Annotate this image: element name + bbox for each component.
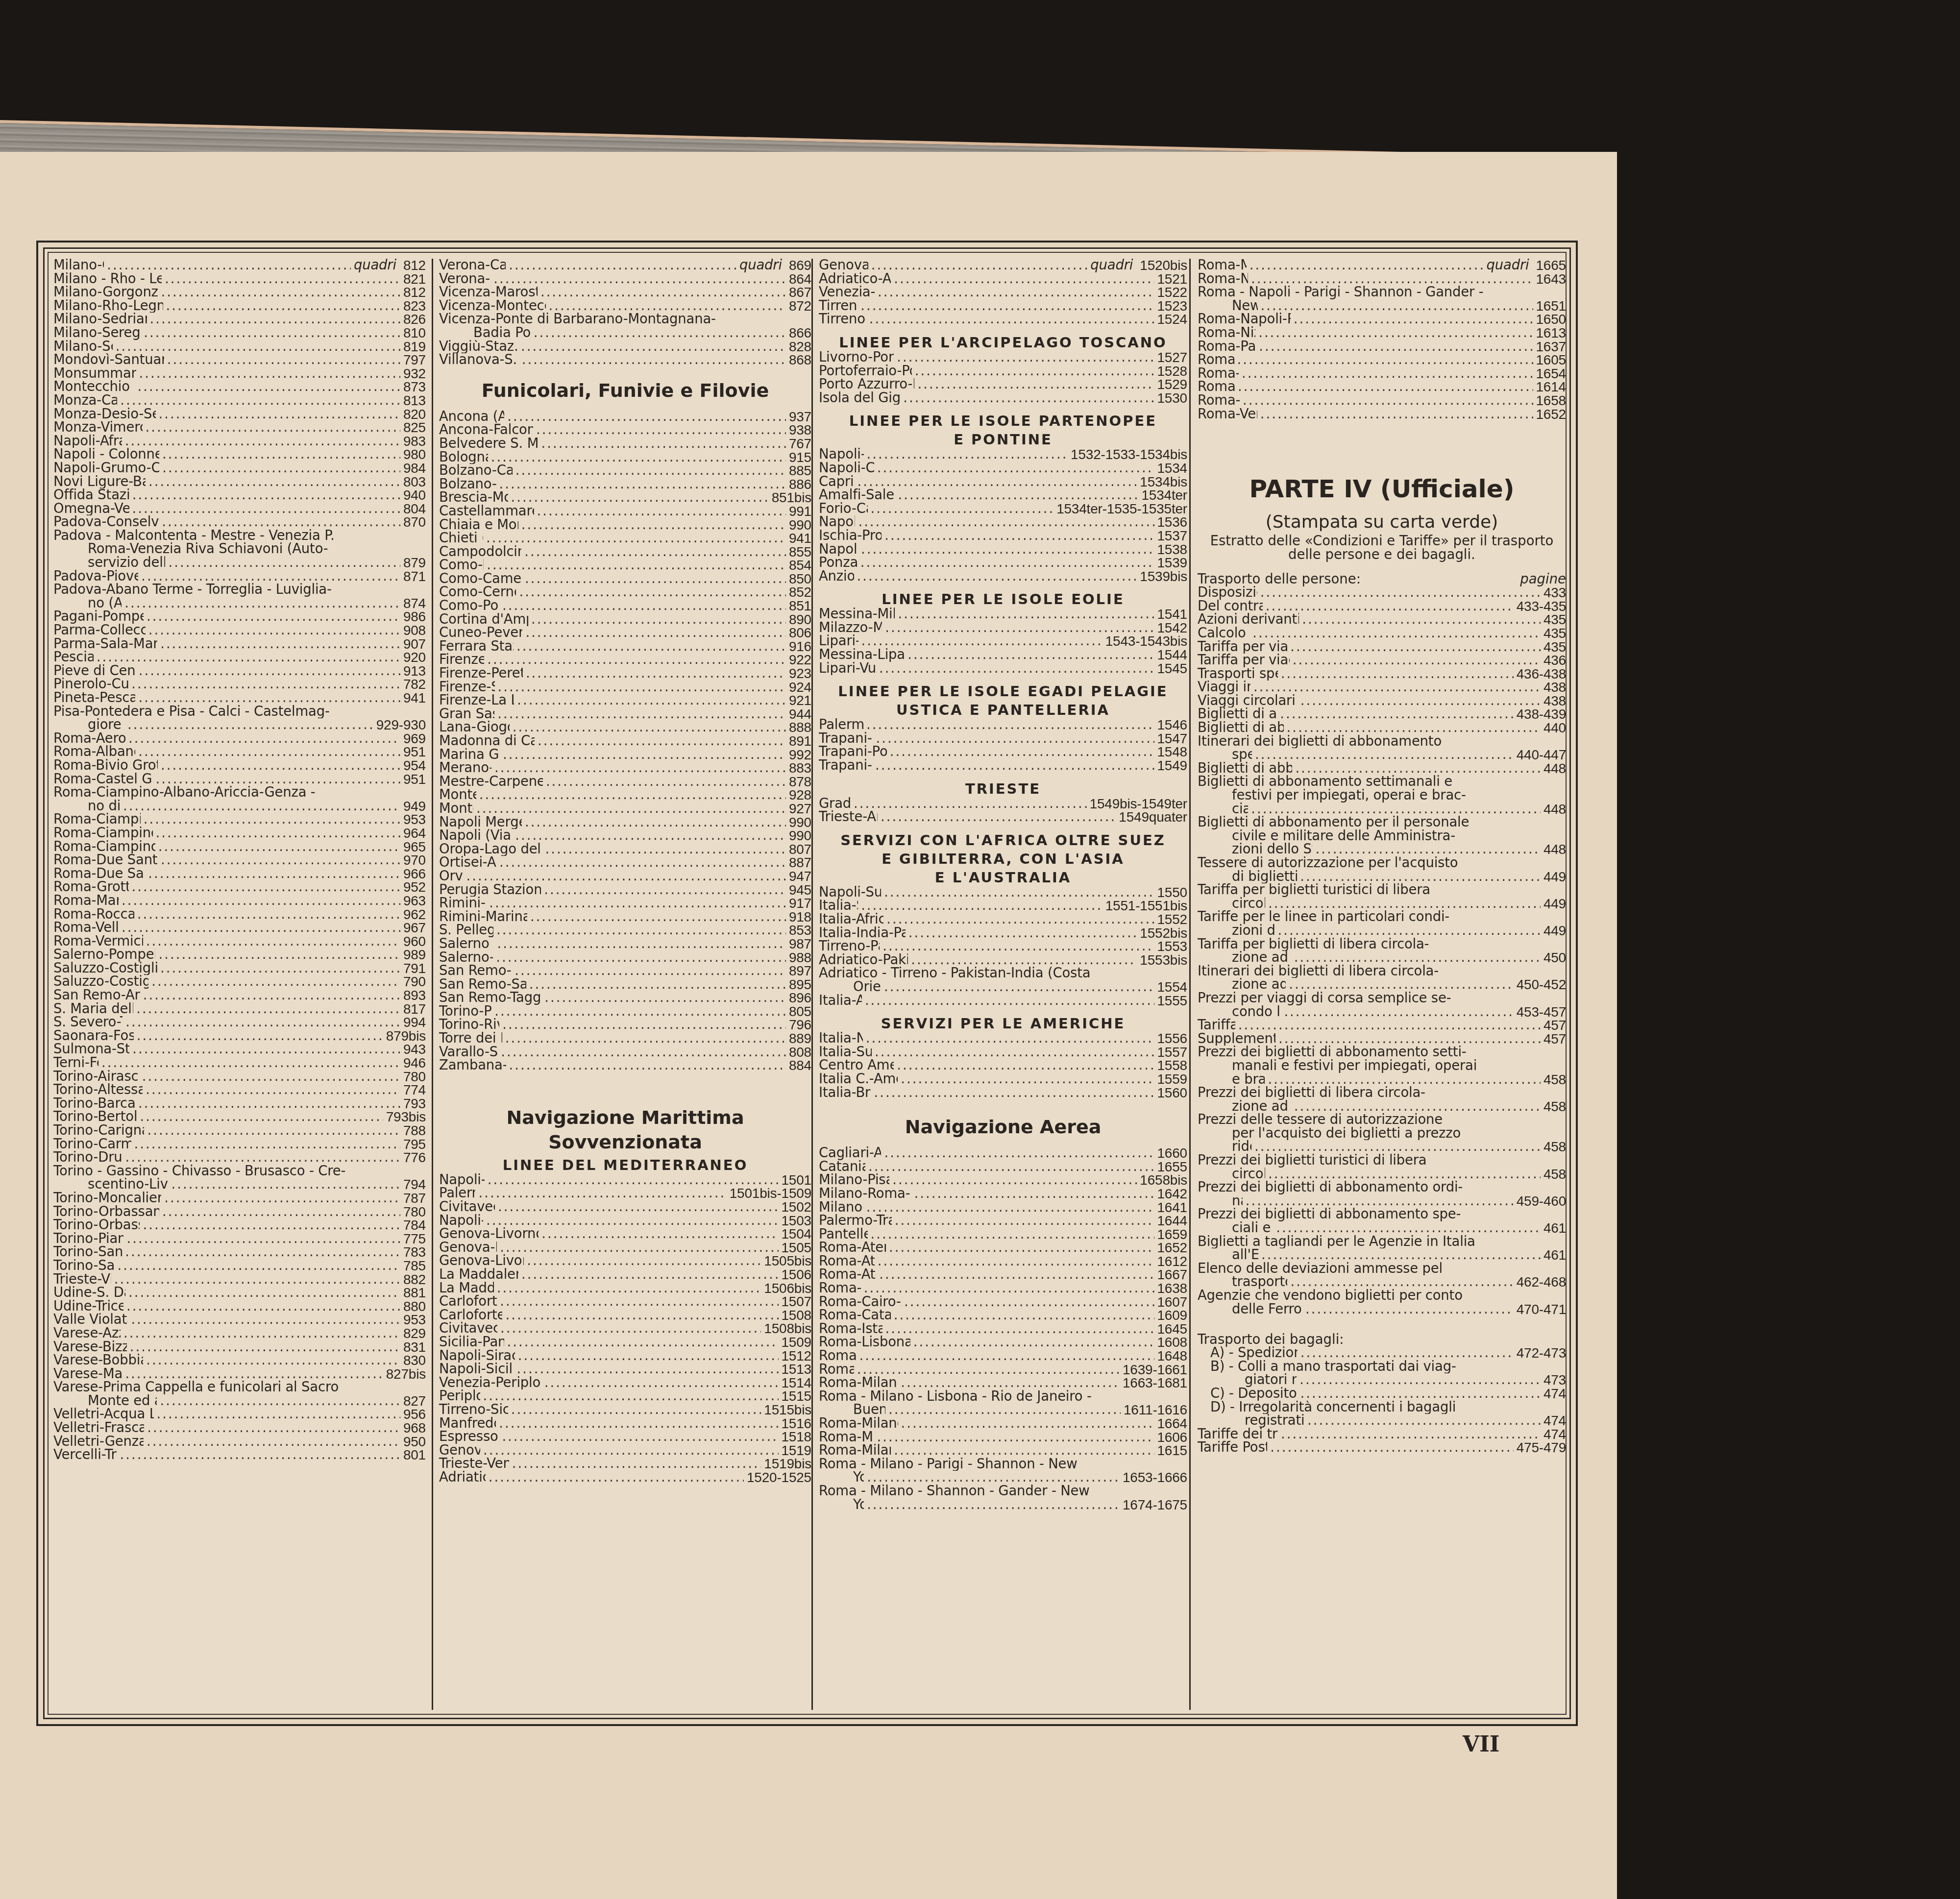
entry-title: Sicilia-Pantelleria-Tunisi	[439, 1336, 504, 1349]
index-entry: Capri-Napoli1534bis	[819, 475, 1187, 489]
page-ref: 1660	[1157, 1146, 1188, 1160]
entry-title: Pieve di Cento-Cento (Autom.)	[53, 664, 136, 678]
list-aerea-roma: Roma-Milano-Zurigoquadri1665Roma-Napoli-…	[1198, 259, 1566, 421]
entry-title: Napoli-Ponza	[819, 543, 858, 557]
page-ref: 459-460	[1517, 1194, 1566, 1208]
index-entry: Trieste-Villa Opicina882	[53, 1273, 426, 1287]
entry-title: Saluzzo-Costigliole-Busca-Cuneo (Autom.)	[53, 962, 157, 975]
index-entry: Milano-Roma-Napoli-Palermo-Catania1642	[819, 1187, 1187, 1201]
column-1: Milano-Crescenzagoquadri812Milano - Rho …	[53, 259, 426, 1710]
index-entry: Torino-Orbassano-Piossasco-Cumiana(Aut.)…	[53, 1205, 426, 1219]
index-entry: Roma-Istanbul-Teheran1645	[819, 1322, 1187, 1336]
page-ref: 796	[789, 1018, 811, 1032]
entry-continuation: Roma-Venezia Riva Schiavoni (Auto-	[53, 542, 426, 556]
page-ref: 474	[1543, 1387, 1566, 1401]
dot-leader	[160, 1394, 400, 1408]
entry-title: S. Severo-Torremaggiore	[53, 1016, 122, 1029]
index-entry: Zambana-Fai-Paganella884	[439, 1059, 811, 1072]
entry-title: Milano - Rho - Legnano - Cassano - Magna…	[53, 272, 162, 286]
sea-sections: LINEE PER L'ARCIPELAGO TOSCANOLivorno-Po…	[819, 335, 1187, 1099]
dot-leader	[894, 1309, 1154, 1322]
entry-title: Italia-India-Pakistan-Estremo Oriente	[819, 926, 906, 940]
entry-title: Pescia-Lucca	[53, 651, 94, 664]
dot-leader	[860, 556, 1154, 570]
entry-title: Offida Stazione-Offida Città	[53, 488, 129, 502]
dot-leader	[911, 953, 1137, 967]
index-entry: Roma-Milano-Parigi1606	[819, 1431, 1187, 1444]
entry-title: Forio-Casamicciola-Napoli	[819, 502, 868, 516]
dot-leader	[138, 745, 400, 759]
dot-leader	[486, 1214, 778, 1228]
entry-continuation: di biglietti a prezzo ridotto449	[1198, 870, 1566, 884]
entry-title-continued: Buenos Ayres	[853, 1403, 885, 1417]
dot-leader	[476, 802, 786, 816]
entry-title: Manfredonia-Tremiti	[439, 1417, 496, 1431]
entry-title: Tariffa per viaggi di corsa semplice	[1198, 640, 1287, 654]
page-ref: 990	[789, 829, 811, 843]
dot-leader	[901, 1417, 1154, 1431]
page-ref: 1559	[1157, 1072, 1188, 1086]
entry-title: Roma-Napoli-Bari	[1198, 272, 1248, 286]
index-entry: Milano-Rho-Legnano-Cassano-Magnago(Aut.)…	[53, 299, 426, 313]
entry-title-continued: Badia Polesine-Rovigo	[473, 326, 531, 340]
entry-title: Pisa-Pontedera e Pisa - Calci - Castelma…	[53, 705, 330, 719]
page-ref: 920	[403, 651, 426, 664]
index-entry: Torino-Sassi-Superga785	[53, 1259, 426, 1273]
index-entry: Italia-India-Pakistan-Estremo Oriente155…	[819, 926, 1187, 940]
dot-leader	[478, 1187, 726, 1200]
dot-leader	[1278, 1032, 1541, 1046]
dot-leader	[483, 1444, 779, 1458]
dot-leader	[117, 1259, 400, 1273]
section-heading: LINEE PER L'ARCIPELAGO TOSCANO	[819, 335, 1187, 350]
dot-leader	[125, 435, 400, 448]
index-entry: Monsummano-Pescia (Autom.)932	[53, 367, 426, 381]
page-ref: 853	[789, 924, 811, 937]
dot-leader	[116, 340, 400, 354]
dot-leader	[878, 1255, 1154, 1268]
index-entry: Prezzi dei biglietti di abbonamento ordi…	[1198, 1181, 1566, 1194]
index-entry: Firenze-Fiesole922	[439, 653, 811, 667]
dot-leader	[132, 502, 400, 516]
index-entry: Torino-Orbassano-Trana-Giaveno784	[53, 1218, 426, 1232]
entry-title: Roma-Due Santi-Castel Gandolfo (Autom.)	[53, 853, 158, 867]
index-entry: Varese-Masnago (Autom.)827bis	[53, 1367, 426, 1381]
dot-leader	[1253, 681, 1541, 694]
entry-continuation: New York1651	[1198, 299, 1566, 313]
dot-leader	[138, 380, 400, 394]
entry-title: Torino-Sassi-Superga	[53, 1259, 114, 1273]
index-entry: Como-Ponte Chiasso851	[439, 599, 811, 613]
page-ref: 1541	[1157, 608, 1188, 621]
index-entry: Biglietti a tagliandi per le Agenzie in …	[1198, 1235, 1566, 1249]
index-entry: Viaggi circolari ad itinerario combinabi…	[1198, 694, 1566, 708]
dot-leader	[869, 313, 1154, 326]
entry-title: Italia-Sud Africa	[819, 899, 858, 913]
dot-leader	[541, 437, 786, 451]
page-ref: 882	[403, 1273, 426, 1287]
page-ref: 474	[1543, 1428, 1566, 1441]
dot-leader	[1307, 1414, 1541, 1428]
list-mediterraneo: Napoli-Palermo1501Palermo-Tunisi1501bis-…	[439, 1173, 811, 1485]
page-ref: 1501	[782, 1173, 812, 1187]
page-ref: 783	[403, 1245, 426, 1259]
index-entry: Roma - Milano - Lisbona - Rio de Janeiro…	[819, 1390, 1187, 1404]
dot-leader	[125, 1151, 400, 1165]
entry-continuation: speciali440-447	[1198, 748, 1566, 762]
page-ref: 775	[403, 1232, 426, 1246]
dot-leader	[146, 1354, 400, 1367]
entry-title: Novi Ligure-Basaluzzo-Ovada-Acqui	[53, 475, 146, 489]
dot-leader	[889, 1241, 1154, 1255]
dot-leader	[549, 299, 786, 313]
dot-leader	[1237, 353, 1533, 367]
page-ref: 1556	[1157, 1032, 1188, 1046]
index-entry: Padova-Conselve-Bagnoli di Sopra(Autom.)…	[53, 515, 426, 529]
page-ref: 918	[789, 910, 811, 924]
dot-leader	[1266, 600, 1514, 613]
dot-leader	[502, 1430, 778, 1444]
index-entry: Viaggi in comitiva438	[1198, 681, 1566, 694]
dot-leader	[168, 556, 400, 570]
index-entry: Milazzo-Malfa o Rinella1542	[819, 621, 1187, 635]
entry-title: Roma-Marino (Autom.)	[53, 894, 119, 908]
page-ref: 472-473	[1517, 1346, 1566, 1360]
page-ref: 820	[403, 408, 426, 421]
index-entry: Roma-Albano-Marino (Autom.)951	[53, 745, 426, 759]
index-entry: Porto Azzurro-Portovecchio di Piombino15…	[819, 378, 1187, 391]
index-entry: S. Pellegrino Vetta853	[439, 924, 811, 937]
entry-continuation: zione ad itinerario fisso450	[1198, 951, 1566, 965]
index-entry: Italia-Africa occidentale1552	[819, 913, 1187, 926]
dot-leader	[519, 585, 785, 599]
index-entry: Trasporti speciali e relativa tariffa436…	[1198, 667, 1566, 681]
index-entry: Prezzi delle tessere di autorizzazione	[1198, 1113, 1566, 1127]
entry-title: Varese-Bizzozero (Autom.)	[53, 1340, 127, 1354]
entry-title: Tessere di autorizzazione per l'acquisto	[1198, 856, 1458, 870]
page-ref: 1643	[1536, 272, 1567, 286]
index-entry: Supplemento per treni rapidi457	[1198, 1032, 1566, 1046]
index-entry: San Remo-Arma di Taggia-Taggia893	[53, 989, 426, 1002]
entry-title: Roma - Milano - Shannon - Gander - New	[819, 1485, 1090, 1498]
dot-leader	[160, 637, 400, 651]
page-ref: 1524	[1157, 313, 1188, 326]
dot-leader	[1300, 1346, 1514, 1360]
index-entry: Italia-Sud America1557	[819, 1046, 1187, 1059]
page-ref: 890	[789, 613, 811, 627]
dot-leader	[1246, 1194, 1514, 1208]
entry-title: Trasporti speciali e relativa tariffa	[1198, 667, 1278, 681]
index-entry: Trapani-Porto Empedocle1548	[819, 745, 1187, 759]
entry-title: Roma-Rocca di Papa (Autom.)	[53, 908, 134, 922]
dot-leader	[131, 678, 400, 691]
entry-title: Villanova-S. Giovanni Ilarione	[439, 353, 519, 367]
index-entry: Vicenza-Montecchio S. V.-Valdagno-Recoar…	[439, 299, 811, 313]
entry-title: Marina Grande-Capri	[439, 748, 500, 762]
entry-title: Del contratto di trasporto	[1198, 600, 1263, 613]
dot-leader	[124, 597, 400, 610]
page-ref: 864	[789, 272, 811, 286]
page-ref: 872	[789, 299, 811, 313]
entry-title: Centro America-Sud Pacifico	[819, 1059, 894, 1072]
entry-title: Roma-Milano-Nizza-Barcellona	[819, 1417, 898, 1431]
dot-leader	[151, 975, 400, 989]
page-ref: 895	[789, 978, 811, 992]
entry-title: Chiaia e Montesanto (Napoli)	[439, 518, 518, 532]
page-ref: 1543-1543bis	[1105, 634, 1187, 648]
page-ref: 435	[1543, 640, 1566, 654]
page-ref: 776	[403, 1151, 426, 1165]
dot-leader	[158, 948, 400, 962]
index-entry: Torino-Altessano-Venaria (Autom.)774	[53, 1083, 426, 1097]
entry-title: Parma-Collecchio-Fornovo (Autom.)	[53, 624, 146, 637]
entry-title: Torino-Rivoli (Filovia)	[439, 1018, 499, 1032]
entry-title: Milano-Pisa-Alghero-Cagliari	[819, 1173, 889, 1187]
dot-leader	[901, 1072, 1154, 1086]
index-entry: Como-Camerlata-Albate-Cantù850	[439, 572, 811, 586]
page-ref: 1508bis	[764, 1322, 811, 1336]
entry-title: Messina-Lipari-Alicudi e viceversa	[819, 648, 905, 662]
index-entry: San Remo-Monte Bignone897	[439, 964, 811, 978]
entry-title: Rimini-Marina-Bellariva-Miramare	[439, 910, 527, 924]
index-entry: Torino-Bertolla-S. Mauro (Autom.)793bis	[53, 1110, 426, 1124]
dot-leader	[1281, 667, 1514, 681]
page-ref: 797	[403, 353, 426, 367]
entry-title: Genova-Livorno-Cagliari-Trapani-Palermo	[439, 1227, 539, 1241]
entry-title: Varese-Prima Cappella e funicolari al Sa…	[53, 1381, 339, 1394]
dot-leader	[497, 707, 786, 721]
entry-title: Portoferraio-Portovecchio di Piombino	[819, 365, 912, 378]
page-ref: 825	[403, 421, 426, 435]
entry-title: Como-Camerlata-Albate-Cantù	[439, 572, 522, 586]
page-ref: 1651	[1536, 299, 1567, 313]
quadri-note: quadri	[739, 259, 782, 272]
entry-title: Venezia-Cipro-Caifa	[819, 286, 875, 299]
page-ref: 1534bis	[1140, 475, 1187, 489]
index-entry: Carloforte-Calasetta1507	[439, 1295, 811, 1309]
dot-leader	[499, 1417, 778, 1431]
index-entry: Biglietti di abbonamento speciali440	[1198, 721, 1566, 735]
page-ref: 1608	[1157, 1336, 1188, 1349]
dot-leader	[125, 1367, 383, 1381]
page-ref: 928	[789, 788, 811, 802]
entry-title: Italia-Sud America	[819, 1046, 872, 1059]
page-ref: 987	[789, 937, 811, 951]
page-ref: 951	[403, 773, 426, 786]
page-ref: 924	[789, 681, 811, 694]
entry-title: Cortina d'Ampezzo-Faloria e Pocol	[439, 613, 528, 627]
dot-leader	[142, 1070, 400, 1084]
index-entry: Elenco delle deviazioni ammesse pel	[1198, 1262, 1566, 1276]
page-ref: 851	[789, 599, 811, 613]
dot-leader	[525, 816, 786, 829]
index-entry: Roma-Rocca di Papa (Autom.)962	[53, 908, 426, 922]
page-ref: 1509	[782, 1336, 812, 1349]
dot-leader	[867, 448, 1068, 462]
page-ref: 1553bis	[1140, 953, 1187, 967]
index-entry: Torino-Pino-Chieri805	[439, 1005, 811, 1019]
page-ref: 1606	[1157, 1431, 1188, 1444]
entry-title-continued: civile e militare delle Amministra-	[1232, 829, 1455, 843]
entry-title-continued: all'Estero	[1232, 1248, 1258, 1262]
index-entry: Roma-Grottaferrata-Marino952	[53, 880, 426, 894]
index-entry: B) - Colli a mano trasportati dai viag-	[1198, 1360, 1566, 1374]
entry-title: Itinerari dei biglietti di libera circol…	[1198, 965, 1439, 978]
index-entry: Udine-S. Daniele del Friuli881	[53, 1286, 426, 1300]
index-entry: Offida Stazione-Offida Città940	[53, 488, 426, 502]
entry-title: Como-Brunate	[439, 559, 484, 572]
index-entry: Roma-Aeroporto (Autom.)969	[53, 732, 426, 746]
dot-leader	[1280, 707, 1513, 721]
entry-title: Oropa-Lago del Mucrone e Monte Camino	[439, 843, 542, 856]
dot-leader	[545, 843, 786, 856]
page-ref: 1534	[1157, 462, 1188, 475]
entry-title: Padova-Abano Terme - Torreglia - Luvigli…	[53, 583, 332, 597]
dot-leader	[1295, 762, 1541, 776]
entry-title-continued: New York	[1232, 299, 1258, 313]
dot-leader	[867, 1498, 1120, 1512]
index-entry: Firenze-La Lastra-Trespiano921	[439, 694, 811, 707]
entry-title: Azioni derivanti dal contratto di traspo…	[1198, 613, 1299, 627]
page-ref: 821	[403, 272, 426, 286]
index-entry: Roma-Lisbona-Isola del Sale-Caracas1608	[819, 1336, 1187, 1349]
dot-leader	[521, 1268, 778, 1282]
page-ref: 461	[1543, 1221, 1566, 1235]
dot-leader	[1259, 340, 1533, 354]
dot-leader	[500, 1295, 778, 1309]
page-ref: 1544	[1157, 648, 1188, 662]
entry-title: Adriatico-Alessandria Soria	[819, 272, 891, 286]
dot-leader	[136, 1002, 400, 1016]
dot-leader	[150, 313, 400, 326]
page-ref: 908	[403, 624, 426, 637]
index-entry: Padova-Abano Terme - Torreglia - Luvigli…	[53, 583, 426, 597]
dot-leader	[128, 732, 400, 746]
entry-title: Genova-Caifa	[439, 1444, 480, 1458]
page-ref: 1658	[1536, 394, 1567, 408]
entry-title: Espresso Italia-Egitto	[439, 1430, 499, 1444]
entry-title-continued: ridotto	[1232, 1140, 1251, 1154]
page-ref: 1527	[1157, 351, 1188, 365]
entry-title: Milano-Gorgonzola-Cassano d'Adda-Vaprio	[53, 286, 158, 299]
entry-title: Velletri-Genzano-Frascati (Autom.)	[53, 1435, 144, 1449]
entry-title: Vicenza-Montecchio S. V.-Valdagno-Recoar…	[439, 299, 546, 313]
entry-title: Genova-Livorno-Bastia-Porto Torres	[439, 1254, 524, 1268]
page-ref: 457	[1543, 1032, 1566, 1046]
index-entry: Itinerari dei biglietti di libera circol…	[1198, 965, 1566, 978]
entry-title: Palermo-Ustica	[819, 718, 863, 732]
dot-leader	[531, 613, 786, 627]
entry-title: Pagani-Pompei Santuario (Autom.)	[53, 610, 144, 624]
index-entry: Trapani-Isole Egadi1547	[819, 732, 1187, 746]
dot-leader	[120, 394, 400, 408]
entry-title: Roma-Milano-Parigi	[819, 1431, 874, 1444]
entry-title: Milazzo-Malfa o Rinella	[819, 621, 882, 635]
index-entry: Castellammare di Stabia-Monte Faito991	[439, 505, 811, 518]
dot-leader	[1300, 870, 1541, 884]
entry-title: Varese-Masnago (Autom.)	[53, 1367, 122, 1381]
entry-title: Porto Azzurro-Portovecchio di Piombino	[819, 378, 914, 391]
dot-leader	[917, 378, 1154, 391]
index-entry: Pinerolo-Cumiana (Autom.)782	[53, 678, 426, 691]
index-entry: Lana-Giogo di San Vigilio888	[439, 721, 811, 734]
page-ref: 470-471	[1517, 1303, 1566, 1316]
entry-title: Merano-Avelengo	[439, 761, 491, 775]
page-ref: 852	[789, 585, 811, 599]
index-entry: Firenze-Settignano924	[439, 681, 811, 694]
section-list: Messina-Milazzo-Eolie-Napoli1541Milazzo-…	[819, 608, 1187, 675]
column-3: Genova-Pireo-Istanbulquadri1520bisAdriat…	[811, 259, 1187, 1710]
page-ref: 1558	[1157, 1059, 1188, 1072]
page-ref: 804	[403, 502, 426, 516]
page-ref: 986	[403, 610, 426, 624]
index-entry: Tariffa per biglietti turistici di liber…	[1198, 883, 1566, 897]
index-entry: Padova-Piove di Sacco (Autom.)871	[53, 570, 426, 584]
dot-leader	[515, 829, 786, 843]
page-ref: 787	[403, 1192, 426, 1205]
entry-title: Roma-Vermicino-Frascati (Autom.)	[53, 935, 143, 949]
index-entry: Monza-Vimercate-Trezzo-Bergamo825	[53, 421, 426, 435]
entry-title: Verona-Grezzana	[439, 272, 490, 286]
persone-label: Trasporto delle persone:	[1198, 572, 1361, 586]
entry-continuation: no di Roma949	[53, 800, 426, 813]
dot-leader	[513, 721, 786, 734]
entry-continuation: trasporto dei viaggiatori462-468	[1198, 1275, 1566, 1289]
index-entry: Catania-Comiso1655	[819, 1160, 1187, 1174]
page-ref: 885	[789, 464, 811, 478]
dot-leader	[148, 624, 400, 637]
index-entry: Pantelleria-Tunisi1659	[819, 1228, 1187, 1242]
entry-title-continued: ciali e regionali	[1232, 1221, 1273, 1235]
index-entry: Palermo-Tunisi1501bis-1509	[439, 1187, 811, 1200]
index-entry: A) - Spedizioni trasportate in bagagliai…	[1198, 1346, 1566, 1360]
index-entry: Tariffa per biglietti di libera circola-	[1198, 938, 1566, 951]
dot-leader	[128, 1286, 400, 1300]
entry-title: Monza-Vimercate-Trezzo-Bergamo	[53, 421, 143, 435]
page-ref: 1659	[1157, 1228, 1188, 1242]
index-entry: Roma-Nizza-Ginevra1613	[1198, 326, 1566, 340]
dot-leader	[527, 1254, 761, 1268]
entry-title: Milano-Roma-Napoli-Palermo-Catania	[819, 1187, 911, 1201]
page-ref: 867	[789, 286, 811, 299]
index-entry: La Maddalena-Palau1506bis	[439, 1282, 811, 1295]
page-ref: 880	[403, 1300, 426, 1314]
index-entry: Livorno-Portoferraio-Pianosa1527	[819, 351, 1187, 365]
index-entry: Chiaia e Montesanto (Napoli)990	[439, 518, 811, 532]
page-ref: 1648	[1157, 1349, 1188, 1363]
index-entry: Vicenza-Marostica-Bassano del Grappa867	[439, 286, 811, 299]
entry-title: Brescia-Monte Maddalena	[439, 491, 508, 505]
page-ref: 1515bis	[764, 1403, 811, 1417]
index-entry: Roma-Atene-Alessandria1652	[819, 1241, 1187, 1255]
page-ref: 989	[403, 948, 426, 962]
entry-continuation: circolazione458	[1198, 1168, 1566, 1181]
page-ref: 1611-1616	[1124, 1403, 1187, 1417]
page-ref: 1613	[1536, 326, 1567, 340]
dot-leader	[499, 856, 786, 870]
entry-title: Roma-Torino	[1198, 380, 1235, 394]
index-entry: Lipari-Vulcano-Celso1545	[819, 662, 1187, 676]
entry-title: Roma-Ciampino-Marino (Autom.)	[53, 813, 141, 827]
index-entry: Tariffa per viaggi di corsa semplice435	[1198, 640, 1566, 654]
dot-leader	[144, 326, 400, 340]
dot-leader	[511, 491, 769, 505]
index-entry: Ferrara Stazione-S. Giorgio916	[439, 640, 811, 654]
entry-title: Adriatico - Tirreno - Pakistan-India (Co…	[819, 967, 1090, 980]
entry-title: Tirreno-Soria	[819, 299, 857, 313]
page-ref: 461	[1543, 1248, 1566, 1262]
entry-title: Roma-Atene-Tel Aviv	[819, 1268, 876, 1282]
